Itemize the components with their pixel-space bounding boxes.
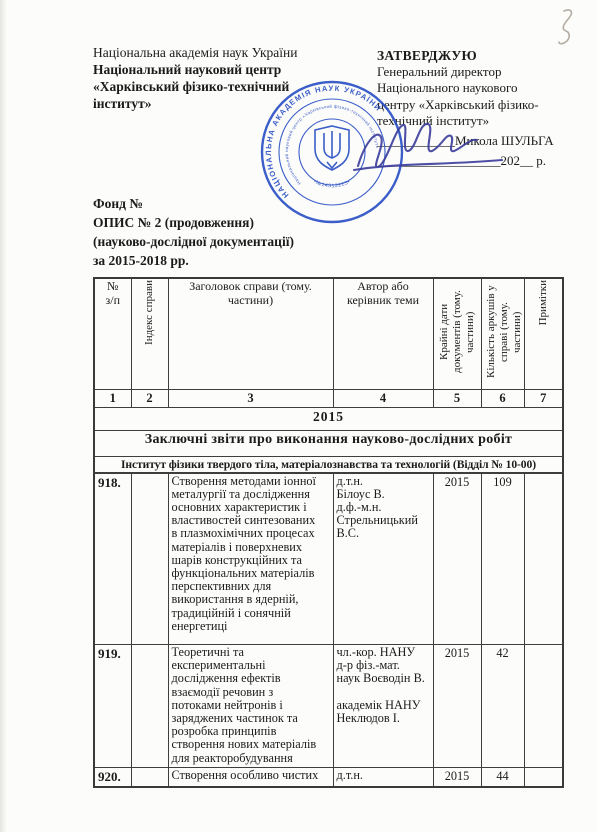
case-index <box>131 768 168 788</box>
col-header-notes: Примітки <box>524 278 563 389</box>
col-number: 3 <box>168 389 333 407</box>
table-row: 920. Створення особливо чистих д.т.н. 20… <box>94 768 563 788</box>
institute-section-label: Інститут фізики твердого тіла, матеріало… <box>94 456 563 473</box>
column-numbers-row: 1 2 3 4 5 6 7 <box>94 389 563 407</box>
col-header-sheets: Кількість аркушів у справі (тому. частин… <box>481 278 524 389</box>
col-header-notes-label: Примітки <box>537 280 550 325</box>
case-sheets: 109 <box>481 473 524 645</box>
col-header-dates-label: Крайні дати документів (тому. частини) <box>438 280 477 384</box>
case-number: 919. <box>94 645 131 768</box>
fund-title-block: Фонд № ОПИС № 2 (продовження) (науково-д… <box>93 194 453 270</box>
table-row: 919. Теоретичні та експериментальні досл… <box>94 645 563 768</box>
case-number: 920. <box>94 768 131 788</box>
case-sheets: 44 <box>481 768 524 788</box>
director-signature <box>350 112 520 190</box>
opys-title: ОПИС № 2 (продовження) <box>93 213 453 232</box>
table-row: 918. Створення методами іонної металургі… <box>94 473 563 645</box>
reports-section-row: Заключні звіти про виконання науково-дос… <box>94 430 563 456</box>
case-author: д.т.н. <box>333 768 433 788</box>
year-section-row: 2015 <box>94 407 563 430</box>
col-header-num: № з/п <box>94 278 131 389</box>
case-title: Створення методами іонної металургії та … <box>168 473 333 645</box>
col-number: 5 <box>433 389 481 407</box>
case-author: д.т.н. Білоус В. д.ф.-м.н. Стрельницький… <box>333 473 433 645</box>
inventory-table: № з/п Індекс справи Заголовок справи (то… <box>93 277 564 788</box>
table-header-row: № з/п Індекс справи Заголовок справи (то… <box>94 278 563 389</box>
opys-years: за 2015-2018 рр. <box>93 251 453 270</box>
case-index <box>131 473 168 645</box>
col-header-title: Заголовок справи (тому. частини) <box>168 278 333 389</box>
handwritten-page-number <box>548 6 580 52</box>
scanned-document-page: Національна академія наук України Націон… <box>0 0 598 832</box>
case-author: чл.-кор. НАНУ д-р фіз.-мат. наук Воєводі… <box>333 645 433 768</box>
svg-text:•№14312223•: •№14312223• <box>312 179 351 190</box>
col-header-sheets-label: Кількість аркушів у справі (тому. частин… <box>485 280 524 384</box>
case-dates: 2015 <box>433 768 481 788</box>
stamp-number-text: •№14312223• <box>312 179 351 190</box>
institute-section-row: Інститут фізики твердого тіла, матеріало… <box>94 456 563 473</box>
case-number: 918. <box>94 473 131 645</box>
col-number: 7 <box>524 389 563 407</box>
approve-label: ЗАТВЕРДЖУЮ <box>377 48 582 64</box>
fund-number: Фонд № <box>93 194 453 213</box>
case-notes <box>524 473 563 645</box>
col-number: 4 <box>333 389 433 407</box>
case-dates: 2015 <box>433 645 481 768</box>
opys-subtitle: (науково-дослідної документації) <box>93 232 453 251</box>
case-notes <box>524 645 563 768</box>
col-header-index-label: Індекс справи <box>143 280 156 345</box>
case-dates: 2015 <box>433 473 481 645</box>
case-title: Теоретичні та експериментальні досліджен… <box>168 645 333 768</box>
case-notes <box>524 768 563 788</box>
col-header-dates: Крайні дати документів (тому. частини) <box>433 278 481 389</box>
trident-emblem-icon <box>315 126 349 170</box>
col-number: 2 <box>131 389 168 407</box>
case-title: Створення особливо чистих <box>168 768 333 788</box>
case-index <box>131 645 168 768</box>
scan-edge-artifact <box>0 0 7 832</box>
year-section-label: 2015 <box>94 407 563 430</box>
case-sheets: 42 <box>481 645 524 768</box>
col-number: 1 <box>94 389 131 407</box>
col-number: 6 <box>481 389 524 407</box>
col-header-index: Індекс справи <box>131 278 168 389</box>
org-line: Національна академія наук України <box>93 44 373 61</box>
col-header-author: Автор або керівник теми <box>333 278 433 389</box>
reports-section-label: Заключні звіти про виконання науково-дос… <box>94 430 563 456</box>
